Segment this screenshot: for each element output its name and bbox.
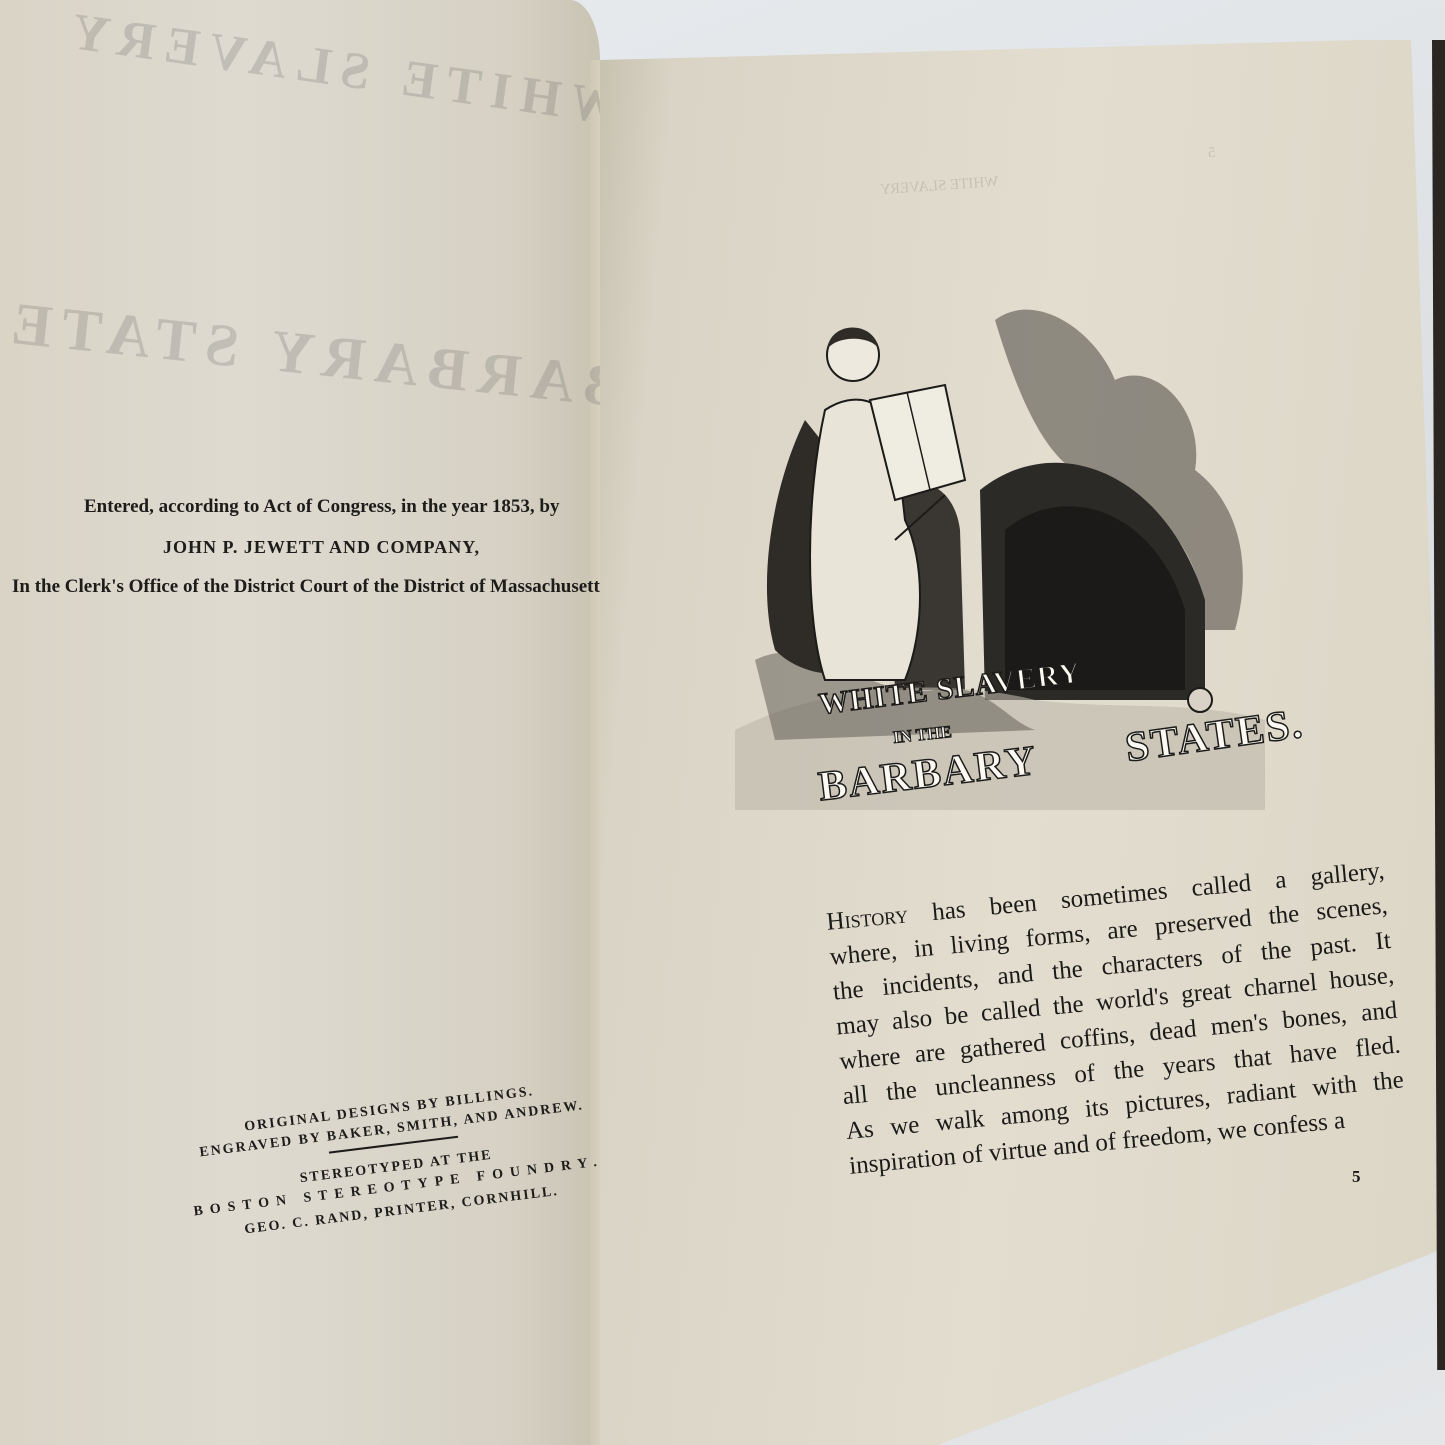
copyright-publisher: JOHN P. JEWETT AND COMPANY, (163, 537, 480, 558)
bleed-through-page-number: 5 (1207, 145, 1216, 162)
page-number: 5 (1352, 1167, 1361, 1187)
copyright-line-3: In the Clerk's Office of the District Co… (12, 576, 612, 598)
copyright-line-1: Entered, according to Act of Congress, i… (84, 496, 560, 518)
chapter-body-text: History has been sometimes called a gall… (825, 853, 1408, 1184)
lead-word: History (825, 901, 909, 935)
